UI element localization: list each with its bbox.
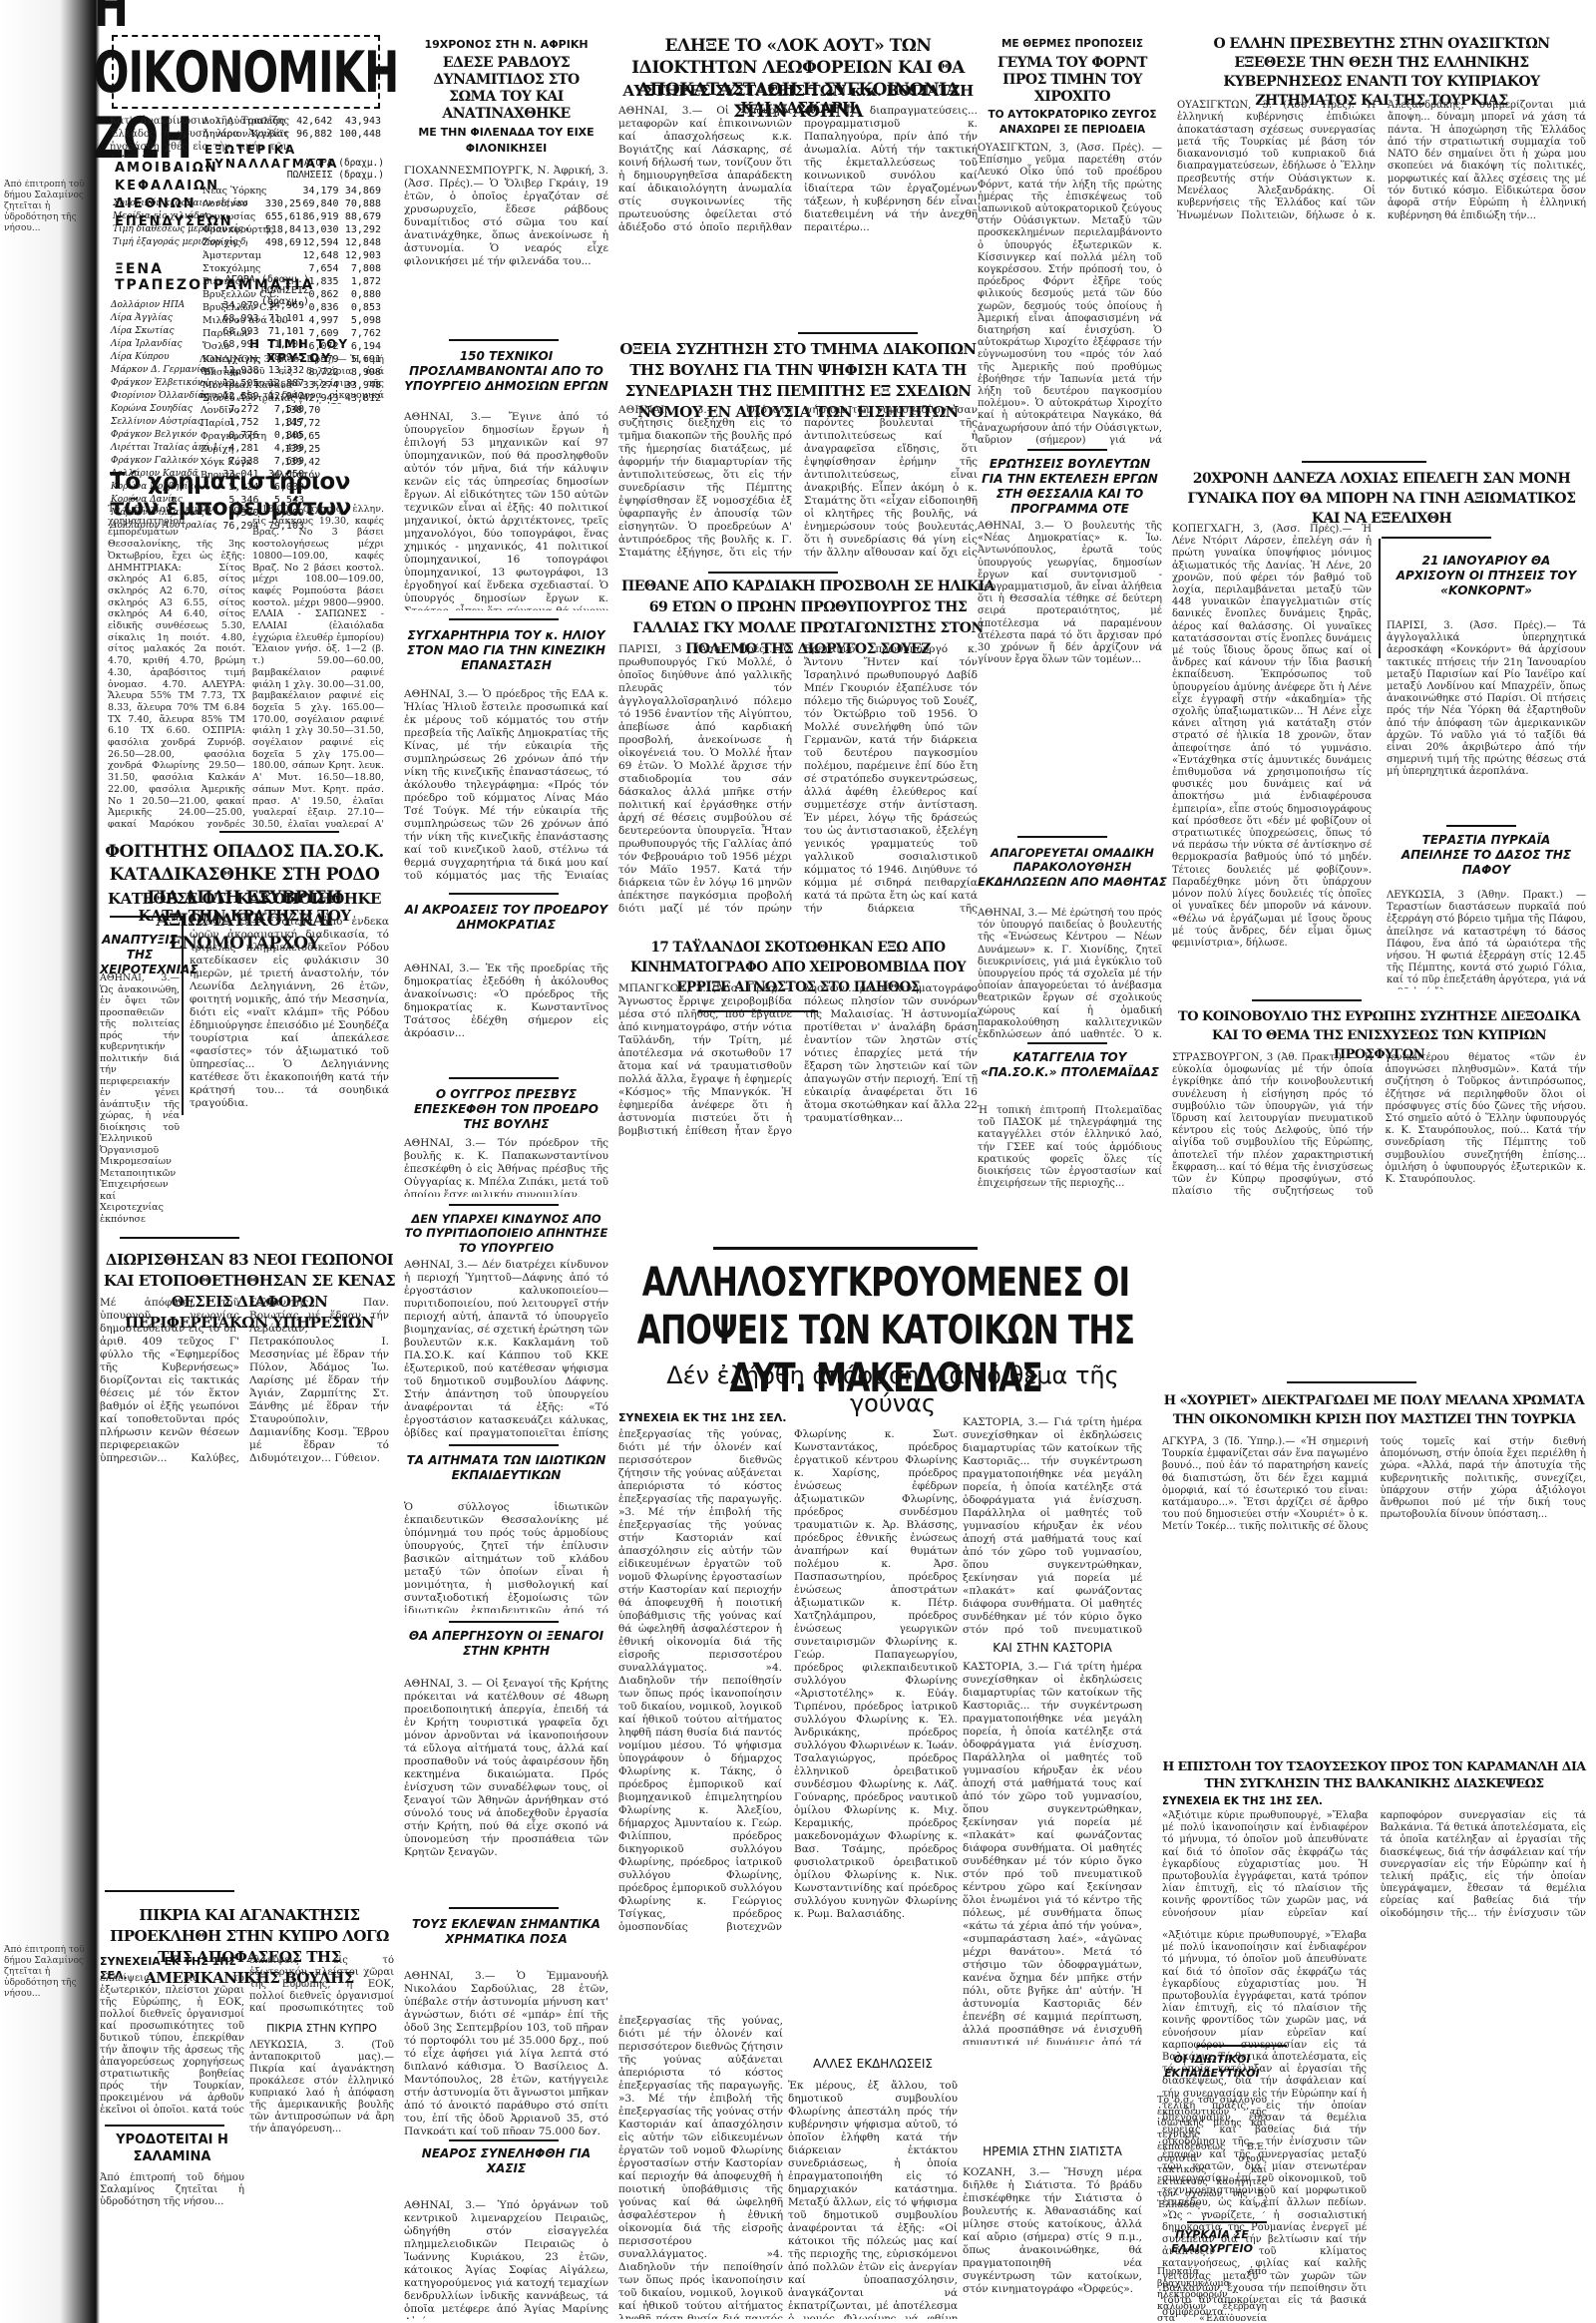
table-cell-buy: 4,997 bbox=[299, 314, 341, 327]
table-cell-value: 145,72 bbox=[269, 417, 323, 430]
cyprus-bitterness-body: ἐλλείψεις εἰς τό ἐξωτερικόν, πλείστοι χῶ… bbox=[100, 1973, 244, 2113]
divider bbox=[105, 2125, 224, 2127]
divider bbox=[1302, 461, 1426, 463]
table-cell-buy: 69,840 bbox=[299, 197, 341, 210]
gold-price-intro: ΛΟΝΔΙΝΟΝ, 3. (Ἀσσ. Πρές).— Ἡ τιμή τοῦ χρ… bbox=[199, 354, 384, 404]
paphos-fire-body: ΛΕΥΚΩΣΙΑ, 3 (Ἀθην. Πρακτ.) — Τεραστίων δ… bbox=[1387, 890, 1586, 989]
table-cell-label: Βρυξελλῶν C.F. bbox=[199, 301, 299, 314]
divider bbox=[449, 2139, 559, 2141]
divider bbox=[449, 1077, 559, 1079]
table-row: Βρυξελλῶν C.C.0,8620,880 bbox=[199, 288, 384, 301]
divider bbox=[1446, 825, 1516, 827]
table-row: Νέας Ὑόρκης34,17934,869 bbox=[199, 185, 384, 197]
table-cell-label: Ἀμστερνταμ bbox=[199, 249, 299, 262]
hirohito-kicker: ΜΕ ΘΕΡΜΕΣ ΠΡΟΠΟΣΕΙΣ bbox=[983, 38, 1162, 52]
money-stolen-body: ΑΘΗΝΑΙ, 3.— Ὁ Ἐμμανουήλ Νικολάου Σαρδούλ… bbox=[404, 1970, 608, 2134]
divider bbox=[1027, 1042, 1107, 1044]
table-cell-sell: 5,098 bbox=[342, 314, 384, 327]
table-cell-sell: 34,869 bbox=[342, 185, 384, 197]
macedonia-subsection-2: ΚΑΙ ΣΤΗΝ ΚΑΣΤΟΡΙΑ bbox=[963, 1641, 1142, 1655]
salamina-headline: ΥΡΟΔΟΤΕΙΤΑΙ Η ΣΑΛΑΜΙΝΑ bbox=[100, 2132, 244, 2166]
table-cell-sell: 88,679 bbox=[342, 210, 384, 223]
column-divider bbox=[182, 916, 184, 1115]
ambassador-body: ΟΥΑΣΙΓΚΤΩΝ, 3. (Ἀσσ. Πρές). Ἡ ἑλληνική κ… bbox=[1177, 100, 1586, 454]
table-cell-label: Βιέννης bbox=[199, 275, 299, 288]
table-row: Ζυρίχη139,25 bbox=[198, 443, 323, 456]
south-africa-subhead: ΜΕ ΤΗΝ ΦΙΛΕΝΑΔΑ ΤΟΥ ΕΙΧΕ ΦΙΛΟΝΙΚΗΣΕΙ bbox=[409, 125, 603, 157]
table-cell-buy: 7,654 bbox=[299, 262, 341, 275]
danish-sergeant-body: ΚΟΠΕΓΧΑΓΗ, 3, (Ἀσσ. Πρές).— Ἡ Λένε Ντόρι… bbox=[1172, 524, 1372, 982]
table-cell-label: Λονδίνου bbox=[199, 197, 299, 210]
table-cell-label: Στοκχόλμης bbox=[199, 262, 299, 275]
divider bbox=[449, 1621, 559, 1623]
macedonia-body-col3: ΚΑΣΤΟΡΙΑ, 3.— Γιά τρίτη ἡμέρα συνεχίσθηκ… bbox=[963, 1416, 1142, 1636]
table-cell-buy: 1,835 bbox=[299, 275, 341, 288]
table-cell-city: Ζυρίχη bbox=[198, 443, 269, 456]
salamina-body: Ἀπό ἐπιτροπή τοῦ δήμου Σαλαμίνος ζητεῖτα… bbox=[100, 2172, 244, 2312]
concorde-body: ΠΑΡΙΣΙ, 3. (Ἀσσ. Πρές).— Τά ἀγγλογαλλικά… bbox=[1387, 620, 1586, 815]
table-cell-sell: 12,848 bbox=[342, 236, 384, 249]
table-row: Βρυξελλῶν C.F.0,8360,853 bbox=[199, 301, 384, 314]
macedonia-sub-body-3: ΚΟΖΑΝΗ, 3.— Ἥσυχη μέρα διῆλθε ἡ Σιάτιστα… bbox=[963, 2166, 1142, 2316]
table-cell-city: Φραγκφούρτη bbox=[198, 430, 269, 443]
congrats-mao-body: ΑΘΗΝΑΙ, 3.— Ὁ πρόεδρος τῆς ΕΔΑ κ. Ἠλίας … bbox=[404, 688, 608, 883]
handicrafts-body: ΑΘΗΝΑΙ, 3.— Ὡς ἀνακοινώθη, ἐν ὄψει τῶν π… bbox=[100, 972, 180, 1222]
divider bbox=[110, 916, 180, 918]
cyprus-bitterness-body-cont: ἐλλείψεις εἰς τό ἐξωτερικόν, πλείστοι χῶ… bbox=[249, 1955, 394, 2015]
divider bbox=[449, 1444, 559, 1446]
hirohito-subhead: ΤΟ ΑΥΤΟΚΡΑΤΟΡΙΚΟ ΖΕΥΓΟΣ ΑΝΑΧΩΡΕΙ ΣΕ ΠΕΡΙ… bbox=[983, 108, 1162, 138]
table-cell-label: Νέας Ὑόρκης bbox=[199, 185, 299, 197]
cyprus-subsection: ΠΙΚΡΙΑ ΣΤΗΝ ΚΥΠΡΟ bbox=[249, 2022, 394, 2035]
president-hearings-body: ΑΘΗΝΑΙ, 3.— Ἐκ τῆς προεδρίας τῆς δημοκρα… bbox=[404, 963, 608, 1072]
hashish-headline: ΝΕΑΡΟΣ ΣΥΝΕΛΗΦΘΗ ΓΙΑ ΧΑΣΙΣ bbox=[404, 2146, 608, 2176]
table-cell-sell: 7,808 bbox=[342, 262, 384, 275]
table-cell-label: Ζυρίχης bbox=[199, 236, 299, 249]
fx-col-headers: ΑΓΟΡΑ (δραχμ.) ΠΩΛΗΣΕΙΣ (δραχμ.) bbox=[199, 158, 384, 182]
divider bbox=[449, 339, 559, 341]
table-row: Λονδῖνο138,70 bbox=[198, 404, 323, 417]
divider bbox=[708, 572, 838, 574]
commodities-text-left: Τό δελτίον τιμῶν τοῦ χρηματιστηρίου ἐμπο… bbox=[108, 504, 245, 828]
explosives-body: ΑΘΗΝΑΙ, 3.— Δέν διατρέχει κίνδυνον ἡ περ… bbox=[404, 1259, 608, 1438]
table-row: Παρίσι145,72 bbox=[198, 417, 323, 430]
table-row: Δηνάριον Κουβέϊτ96,882100,448 bbox=[199, 128, 384, 141]
table-cell-buy: 13,030 bbox=[299, 223, 341, 236]
mps-thessaly-body: ΑΘΗΝΑΙ, 3.— Ὁ βουλευτής τῆς «Νέας Δημοκρ… bbox=[978, 521, 1162, 830]
council-europe-body: ΣΤΡΑΣΒΟΥΡΓΟΝ, 3 (Ἀθ. Πρακτ.). — Ἡ εὐκολί… bbox=[1172, 1052, 1586, 1376]
table-cell-buy: 0,862 bbox=[299, 288, 341, 301]
fx-col-buy: ΑΓΟΡΑ (δραχμ.) bbox=[199, 158, 384, 170]
table-row: Ἀμστερνταμ12,64812,903 bbox=[199, 249, 384, 262]
cyprus-sub-body: ΛΕΥΚΩΣΙΑ, 3. (Τοῦ ἀνταποκριτοῦ μας).— Πι… bbox=[249, 2040, 394, 2319]
table-row: Μιλάνου ἀνά 1004,9975,098 bbox=[199, 314, 384, 327]
fx-top-table: Δολ. Αὐστραλίας42,64243,943Δηνάριον Κουβ… bbox=[199, 115, 384, 141]
commodities-text-right: —18.00, ζάχαρις ἑλλην. εἰς σάκκους 19.30… bbox=[252, 504, 384, 828]
agronomists-body: Μέ ἀπόφαση τοῦ ὑπουργοῦ γεωργίας δημοσιε… bbox=[100, 1297, 389, 1865]
divider bbox=[713, 1247, 978, 1250]
paphos-fire-headline: ΤΕΡΑΣΤΙΑ ΠΥΡΚΑΪΑ ΑΠΕΙΛΗΣΕ ΤΟ ΔΑΣΟΣ ΤΗΣ Π… bbox=[1387, 833, 1586, 878]
divider bbox=[1197, 2045, 1287, 2047]
private-teachers-headline: ΤΑ ΑΙΤΗΜΑΤΑ ΤΩΝ ΙΔΙΩΤΙΚΩΝ ΕΚΠΑΙΔΕΥΤΙΚΩΝ bbox=[404, 1453, 608, 1483]
divider bbox=[105, 1890, 234, 1892]
technicians-headline: 150 ΤΕΧΝΙΚΟΙ ΠΡΟΣΛΑΜΒΑΝΟΝΤΑΙ ΑΠΟ ΤΟ ΥΠΟΥ… bbox=[404, 349, 608, 394]
macedonia-sub-body-1: Ἐκ μέρους, ἐξ ἄλλου, τοῦ δημοτικοῦ συμβο… bbox=[788, 2080, 958, 2319]
explosives-headline: ΔΕΝ ΥΠΑΡΧΕΙ ΚΙΝΔΥΝΟΣ ΑΠΟ ΤΟ ΠΥΡΙΤΙΔΟΠΟΙΕ… bbox=[404, 1212, 608, 1255]
macedonia-subsection-1: ΑΛΛΕΣ ΕΚΔΗΛΩΣΕΙΣ bbox=[788, 2057, 958, 2071]
pasok-ptolemaida-headline: ΚΑΤΑΓΓΕΛΙΑ ΤΟΥ «ΠΑ.ΣΟ.Κ.» ΠΤΟΛΕΜΑΪΔΑΣ bbox=[978, 1050, 1162, 1080]
table-cell-city: Λονδῖνο bbox=[198, 404, 269, 417]
ceausescu-letter-body: «Ἀξιότιμε κύριε πρωθυπουργέ, »Ἔλαβα μέ π… bbox=[1162, 1810, 1586, 1925]
hurriyet-headline: Η «ΧΟΥΡΙΕΤ» ΔΙΕΚΤΡΑΓΩΔΕΙ ΜΕ ΠΟΛΥ ΜΕΛΑΝΑ … bbox=[1157, 1391, 1591, 1429]
table-cell-buy: 12,648 bbox=[299, 249, 341, 262]
table-row: Χόγκ Κόγκ139,42 bbox=[198, 456, 323, 469]
guides-strike-headline: ΘΑ ΑΠΕΡΓΗΣΟΥΝ ΟΙ ΞΕΝΑΓΟΙ ΣΤΗΝ ΚΡΗΤΗ bbox=[404, 1629, 608, 1659]
table-cell-label: Δολ. Αὐστραλίας bbox=[199, 115, 293, 128]
macedonia-sub-body-2: ΚΑΣΤΟΡΙΑ, 3.— Γιά τρίτη ἡμέρα συνεχίσθηκ… bbox=[963, 1661, 1142, 2045]
rhodes-student-body: ΡΟΔΟΣ, 3.— Ὕστερα ἀπό ἐνδεκα ὡρῶν ἀκροαμ… bbox=[190, 916, 389, 1225]
previous-page-fragment: Ἀπό ἐπιτροπή τοῦ δήμου Σαλαμίνος ζητεῖτα… bbox=[4, 1945, 90, 2164]
hirohito-headline: ΓΕΥΜΑ ΤΟΥ ΦΟΡΝΤ ΠΡΟΣ ΤΙΜΗΝ ΤΟΥ ΧΙΡΟΧΙΤΟ bbox=[983, 55, 1162, 106]
south-africa-kicker: 19ΧΡΟΝΟΣ ΣΤΗ Ν. ΑΦΡΙΚΗ bbox=[404, 38, 608, 52]
divider bbox=[1187, 2221, 1267, 2223]
table-row: Λονδίνου69,84070,888 bbox=[199, 197, 384, 210]
technicians-body: ΑΘΗΝΑΙ, 3.— Ἔγινε ἀπό τό ὑπουργεῖον δημο… bbox=[404, 411, 608, 610]
mollet-body: ΠΑΡΙΣΙ, 3 (Ἀσσ. Πρές).—Ὁ πρωθυπουργός Γκ… bbox=[618, 643, 978, 928]
private-schools-body: Τό δ.σ. τοῦ συλλόγου ἐκπαιδευτικῶν τῆς ἰ… bbox=[1157, 2095, 1267, 2214]
table-row: Στοκχόλμης7,6547,808 bbox=[199, 262, 384, 275]
continued-label: ΣΥΝΕΧΕΙΑ ΕΚ ΤΗΣ 1ΗΣ ΣΕΛ. bbox=[1162, 1795, 1362, 1809]
divider bbox=[449, 1907, 559, 1909]
president-hearings-headline: ΑΙ ΑΚΡΟΑΣΕΙΣ ΤΟΥ ΠΡΟΕΔΡΟΥ ΔΗΜΟΚΡΑΤΙΑΣ bbox=[404, 903, 608, 933]
table-cell-sell: 100,448 bbox=[335, 128, 384, 141]
table-cell-value: 140,65 bbox=[269, 430, 323, 443]
table-cell-sell: 43,943 bbox=[335, 115, 384, 128]
divider bbox=[1017, 836, 1107, 838]
hungarian-ambassador-body: ΑΘΗΝΑΙ, 3.— Τόν πρόεδρον τῆς βουλῆς κ. Κ… bbox=[404, 1137, 608, 1197]
table-row: Λευκωσίας86,91988,679 bbox=[199, 210, 384, 223]
hashish-body: ΑΘΗΝΑΙ, 3.— Ὑπό ὀργάνων τοῦ κεντρικοῦ λι… bbox=[404, 2199, 608, 2319]
table-cell-sell: 13,292 bbox=[342, 223, 384, 236]
divider bbox=[219, 831, 339, 833]
table-cell-label: Φρανκφούρτης bbox=[199, 223, 299, 236]
hirohito-body: ΟΥΑΣΙΓΚΤΩΝ, 3, (Ἀσσ. Πρές). — Ἐπίσημο γε… bbox=[978, 143, 1162, 447]
table-row: Φραγκφούρτη140,65 bbox=[198, 430, 323, 443]
table-cell-buy: 86,919 bbox=[299, 210, 341, 223]
table-cell-city: Παρίσι bbox=[198, 417, 269, 430]
table-cell-label: Δηνάριον Κουβέϊτ bbox=[199, 128, 293, 141]
private-teachers-body: Ὁ σύλλογος ἰδιωτικῶν ἐκπαιδευτικῶν Θεσσα… bbox=[404, 1501, 608, 1613]
south-africa-headline: ΕΔΕΣΕ ΡΑΒΔΟΥΣ ΔΥΝΑΜΙΤΙΔΟΣ ΣΤΟ ΣΩΜΑ ΤΟΥ Κ… bbox=[409, 55, 603, 123]
pasok-ptolemaida-body: Ἡ τοπική ἐπιτροπή Πτολεμαΐδας τοῦ ΠΑΣΟΚ … bbox=[978, 1105, 1162, 1260]
macedonia-subsection-3: ΗΡΕΜΙΑ ΣΤΗΝ ΣΙΑΤΙΣΤΑ bbox=[963, 2144, 1142, 2158]
divider bbox=[120, 1237, 239, 1239]
table-cell-city: Χόγκ Κόγκ bbox=[198, 456, 269, 469]
table-cell-buy: 34,179 bbox=[299, 185, 341, 197]
table-cell-value: 138,70 bbox=[269, 404, 323, 417]
student-events-body: ΑΘΗΝΑΙ, 3.— Μέ ἐρώτησή του πρός τόν ὑπου… bbox=[978, 908, 1162, 1037]
column-divider bbox=[1379, 539, 1381, 658]
fx-col-sell: ΠΩΛΗΣΕΙΣ (δραχμ.) bbox=[199, 170, 384, 182]
mps-thessaly-headline: ΕΡΩΤΗΣΕΙΣ ΒΟΥΛΕΥΤΩΝ ΓΙΑ ΤΗΝ ΕΚΤΕΛΕΣΗ ΕΡΓ… bbox=[978, 457, 1162, 517]
table-cell-value: 139,25 bbox=[269, 443, 323, 456]
section-masthead: Η ΟΙΚΟΝΟΜΙΚΗ ΖΩΗ bbox=[112, 35, 380, 109]
previous-page-fragment: Ἀπό ἐπιτροπή τοῦ δήμου Σαλαμίνος ζητεῖτα… bbox=[4, 180, 90, 329]
handicrafts-headline: ΑΝΑΠΤΥΞΙΣ ΤΗΣ ΧΕΙΡΟΤΕΧΝΙΑΣ bbox=[100, 933, 180, 977]
table-cell-sell: 0,880 bbox=[342, 288, 384, 301]
table-cell-sell: 1,872 bbox=[342, 275, 384, 288]
oil-mill-fire-headline: ΠΥΡΚΑΪΑ ΣΕ ΕΛΑΙΟΥΡΓΕΙΟ bbox=[1157, 2228, 1267, 2256]
table-cell-sell: 70,888 bbox=[342, 197, 384, 210]
table-cell-buy: 0,836 bbox=[299, 301, 341, 314]
danish-sergeant-headline: 20ΧΡΟΝΗ ΔΑΝΕΖΑ ΛΟΧΙΑΣ ΕΠΕΛΕΓΗ ΣΑΝ ΜΟΝΗ Γ… bbox=[1172, 469, 1591, 529]
table-cell-buy: 12,594 bbox=[299, 236, 341, 249]
table-cell-value: 139,42 bbox=[269, 456, 323, 469]
table-row: Δολ. Αὐστραλίας42,64243,943 bbox=[199, 115, 384, 128]
divider bbox=[1382, 537, 1491, 539]
hungarian-ambassador-headline: Ο ΟΥΓΓΡΟΣ ΠΡΕΣΒΥΣ ΕΠΕΣΚΕΦΘΗ ΤΟΝ ΠΡΟΕΔΡΟ … bbox=[404, 1087, 608, 1132]
ceausescu-letter-headline: Η ΕΠΙΣΤΟΛΗ ΤΟΥ ΤΣΑΟΥΣΕΣΚΟΥ ΠΡΟΣ ΤΟΝ ΚΑΡΑ… bbox=[1157, 1757, 1591, 1791]
table-cell-sell: 0,853 bbox=[342, 301, 384, 314]
congrats-mao-headline: ΣΥΓΧΑΡΗΤΗΡΙΑ ΤΟΥ κ. ΗΛΙΟΥ ΣΤΟΝ ΜΑΟ ΓΙΑ Τ… bbox=[404, 628, 608, 673]
macedonia-subhead: Δέν ἐλήφθη ἀπόφαση γιά τό θέμα τῆς γούνα… bbox=[638, 1361, 1147, 1417]
macedonia-body: ἐπεξεργασίας τῆς γούνας, διότι μέ τήν ὁλ… bbox=[618, 1428, 958, 2007]
table-row: Φρανκφούρτης13,03013,292 bbox=[199, 223, 384, 236]
table-cell-buy: 96,882 bbox=[293, 128, 336, 141]
guides-strike-body: ΑΘΗΝΑΙ, 3. — Οἱ ξεναγοί τῆς Κρήτης πρόκε… bbox=[404, 1678, 608, 1902]
macedonia-body-cont: ἐπεξεργασίας τῆς γούνας, διότι μέ τήν ὁλ… bbox=[618, 2015, 783, 2319]
thailand-body: ΜΠΑΝΓΚΟΚ, 3. (Ἀσσ. Πρές).— Ἄγνωστος ἔρρι… bbox=[618, 982, 978, 1222]
lockout-body: ΑΘΗΝΑΙ, 3.— Οἱ ὑπουργοί μεταφορῶν καί ἐπ… bbox=[618, 105, 978, 329]
student-events-headline: ΑΠΑΓΟΡΕΥΕΤΑΙ ΟΜΑΔΙΚΗ ΠΑΡΑΚΟΛΟΥΘΗΣΗ ΕΚΔΗΛ… bbox=[978, 846, 1167, 889]
concorde-headline: 21 ΙΑΝΟΥΑΡΙΟΥ ΘΑ ΑΡΧΙΣΟΥΝ ΟΙ ΠΤΗΣΕΙΣ ΤΟΥ… bbox=[1387, 554, 1586, 598]
divider bbox=[1287, 1381, 1416, 1383]
parliament-debate-body: ΑΘΗΝΑΙ, 3.— Ὀξύτατη συζήτησις διεξήχθη ε… bbox=[618, 404, 978, 569]
divider bbox=[798, 332, 918, 334]
divider bbox=[1027, 449, 1107, 451]
table-cell-label: Λευκωσίας bbox=[199, 210, 299, 223]
divider bbox=[449, 893, 559, 895]
hurriyet-body: ΑΓΚΥΡΑ, 3 (Ἰδ. Ὑπηρ.).— «Ἡ σημερινή Τουρ… bbox=[1162, 1436, 1586, 1750]
table-cell-label: Μιλάνου ἀνά 100 bbox=[199, 314, 299, 327]
money-stolen-headline: ΤΟΥΣ ΕΚΛΕΨΑΝ ΣΗΜΑΝΤΙΚΑ ΧΡΗΜΑΤΙΚΑ ΠΟΣΑ bbox=[404, 1917, 608, 1947]
south-africa-body: ΓΙΟΧΑΝΝΕΣΜΠΟΥΡΓΚ, Ν. Ἀφρική, 3. (Ἀσσ. Πρ… bbox=[404, 165, 608, 334]
private-schools-headline: ΟΙ ΙΔΙΩΤΙΚΟΙ ΕΚΠΑΙΔΕΥΤΙΚΟΙ bbox=[1157, 2053, 1267, 2081]
divider bbox=[1252, 999, 1362, 1001]
continued-label: ΣΥΝΕΧΕΙΑ ΕΚ ΤΗΣ 1ΗΣ ΣΕΛ. bbox=[618, 1411, 788, 1425]
divider bbox=[449, 1204, 559, 1206]
table-row: Βιέννης1,8351,872 bbox=[199, 275, 384, 288]
table-cell-buy: 42,642 bbox=[293, 115, 336, 128]
table-cell-sell: 12,903 bbox=[342, 249, 384, 262]
table-row: Ζυρίχης12,59412,848 bbox=[199, 236, 384, 249]
divider bbox=[449, 618, 559, 620]
oil-mill-fire-body: Πυρκαϊά ἀπό βραχυκύκλωμα ἠλεκτροφόρων κα… bbox=[1157, 2266, 1267, 2321]
table-cell-label: Βρυξελλῶν C.C. bbox=[199, 288, 299, 301]
